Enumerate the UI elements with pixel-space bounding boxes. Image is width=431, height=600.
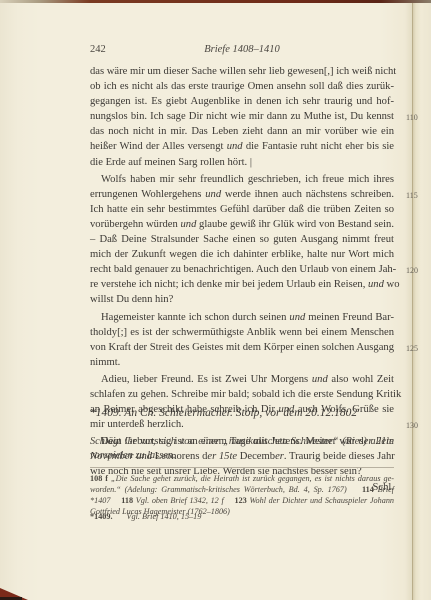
line-text: heißer Wind der Alles versengt (90, 141, 227, 152)
line-text: mir unterdeß herzlich. (90, 419, 184, 430)
italic-und: und (227, 141, 243, 152)
line-text: tholdy[;] es ist der schwermüthigste Anb… (90, 327, 394, 338)
note-ref: *1409. (90, 512, 113, 521)
note-text: *1407 (90, 496, 110, 505)
line-text: werde ihnen auch nächstens schreiben. (221, 189, 394, 200)
line-number: 130 (406, 418, 418, 433)
footnote-line: worden.“ (Adelung: Grammatisch-kritische… (90, 484, 394, 495)
italic-und: und (205, 189, 221, 200)
line-text: also wohl Zeit (328, 374, 394, 385)
text-line: Ich hatte ein sehr bestimmtes Gefühl dar… (90, 202, 394, 217)
note-text: Brief (378, 485, 394, 494)
text-line: das wäre mir um dieser Sache willen sehr… (90, 64, 394, 79)
text-line: re verstehe ich nicht; ich denke mir bei… (90, 277, 394, 292)
line-text: glaube gewiß ihr Glük wird von Bestand s… (196, 219, 394, 230)
line-text: gegangen ist. Es giebt Augenblike in den… (90, 96, 394, 107)
line-text: schlafen zu gehen. Schreibe mir bald; so… (90, 389, 401, 400)
text-line: Wolfs haben mir sehr freundlich geschrie… (90, 172, 394, 187)
text-line: Hagemeister kannte ich schon durch seine… (90, 310, 394, 325)
letter-footnote: *1409.Vgl. Brief 1410, 15–19 (90, 511, 394, 522)
letter-summary: Schlägt ihr vor, sich von einer „musikal… (90, 435, 394, 463)
line-text: nungslos bin. Ich sage Dir nicht wie mir… (90, 111, 394, 122)
note-ref: 114 (362, 485, 374, 494)
line-text: – Daß Deine Stralsunder Sache einen so g… (90, 234, 394, 245)
note-text: worden.“ (Adelung: Grammatisch-kritische… (90, 485, 347, 494)
note-text: „Die Sache gehet zurück, die Heirath ist… (111, 474, 394, 483)
line-text: Ich hatte ein sehr bestimmtes Gefühl dar… (90, 204, 394, 215)
line-text: mich der Zukunft wegen die ich dahinter … (90, 249, 394, 260)
text-line: heißer Wind der Alles versengt und die F… (90, 139, 394, 154)
text-line: von Kraft der Streit des Geistes mit dem… (90, 340, 394, 355)
summary-line: vorspielen zu lassen. (90, 449, 394, 463)
running-head-title: Briefe 1408–1410 (90, 44, 394, 55)
line-text: Adieu, lieber Freund. Es ist Zwei Uhr Mo… (101, 374, 312, 385)
line-text: vorübergehn würden (90, 219, 180, 230)
text-line: schlafen zu gehen. Schreibe mir bald; so… (90, 387, 394, 402)
italic-und: und (368, 279, 384, 290)
line-text: das noch nicht in mir. Das Leben zieht d… (90, 126, 394, 137)
line-text: das wäre mir um dieser Sache willen sehr… (90, 66, 396, 77)
line-text: Wolfs haben mir sehr freundlich geschrie… (101, 174, 394, 185)
letter-heading: *1409. An Ch. Schleiermacher. Stolp, vor… (90, 407, 394, 419)
note-ref: 118 (121, 496, 133, 505)
text-line: ob ich es nicht als das erste traurige O… (90, 79, 394, 94)
italic-und: und (180, 219, 196, 230)
text-line: errungenen Wohlergehens und werde ihnen … (90, 187, 394, 202)
line-number: 110 (406, 110, 418, 125)
text-line: das noch nicht in mir. Das Leben zieht d… (90, 124, 394, 139)
line-text: Hagemeister kannte ich schon durch seine… (101, 312, 289, 323)
italic-und: und (312, 374, 328, 385)
text-line: die Erde auf meinen Sarg rollen hört. | (90, 155, 394, 170)
text-line: tholdy[;] es ist der schwermüthigste Anb… (90, 325, 394, 340)
line-text: ob ich es nicht als das erste traurige O… (90, 81, 394, 92)
text-line: mir unterdeß herzlich.130 (90, 417, 394, 432)
text-line: recht bald genauer zu benachrichtigen. A… (90, 262, 394, 277)
line-text: wo (384, 279, 400, 290)
note-text: Wohl der Dichter und Schauspieler Johann (249, 496, 394, 505)
text-line: nungslos bin. Ich sage Dir nicht wie mir… (90, 109, 394, 124)
line-number: 115 (406, 188, 418, 203)
text-line: nimmt. (90, 355, 394, 370)
line-text: nimmt. (90, 357, 120, 368)
note-text: Vgl. Brief 1410, 15–19 (127, 512, 202, 521)
next-page-edge (413, 0, 431, 600)
line-number: 125 (406, 341, 418, 356)
note-ref: 108 f (90, 474, 108, 483)
line-text: errungenen Wohlergehens (90, 189, 205, 200)
line-text: recht bald genauer zu benachrichtigen. A… (90, 264, 396, 275)
line-text: re verstehe ich nicht; ich denke mir bei… (90, 279, 368, 290)
line-text: willst Du denn hin? (90, 294, 173, 305)
footnote-line: 108 f „Die Sache gehet zurück, die Heira… (90, 473, 394, 484)
footnote-line: *1407 118 Vgl. oben Brief 1342, 12 f 123… (90, 495, 394, 506)
text-line: willst Du denn hin? (90, 292, 394, 307)
letter-body-text: das wäre mir um dieser Sache willen sehr… (90, 64, 394, 495)
text-line: mich der Zukunft wegen die ich dahinter … (90, 247, 394, 262)
line-text: von Kraft der Streit des Geistes mit dem… (90, 342, 394, 353)
line-text: die Erde auf meinen Sarg rollen hört. | (90, 157, 252, 168)
text-line: gegangen ist. Es giebt Augenblike in den… (90, 94, 394, 109)
text-line: – Daß Deine Stralsunder Sache einen so g… (90, 232, 394, 247)
note-text: Vgl. oben Brief 1342, 12 f (136, 496, 224, 505)
footnote-divider (90, 467, 394, 468)
line-text: die Fantasie ruht nicht eher bis sie (243, 141, 394, 152)
text-line: Adieu, lieber Freund. Es ist Zwei Uhr Mo… (90, 372, 394, 387)
italic-und: und (289, 312, 305, 323)
note-ref: 123 (234, 496, 246, 505)
summary-line: Schlägt ihr vor, sich von einer „musikal… (90, 435, 394, 449)
text-line: vorübergehn würden und glaube gewiß ihr … (90, 217, 394, 232)
book-cover-edge-top (0, 0, 431, 3)
line-text: meinen Freund Bar- (305, 312, 394, 323)
line-number: 120 (406, 263, 418, 278)
